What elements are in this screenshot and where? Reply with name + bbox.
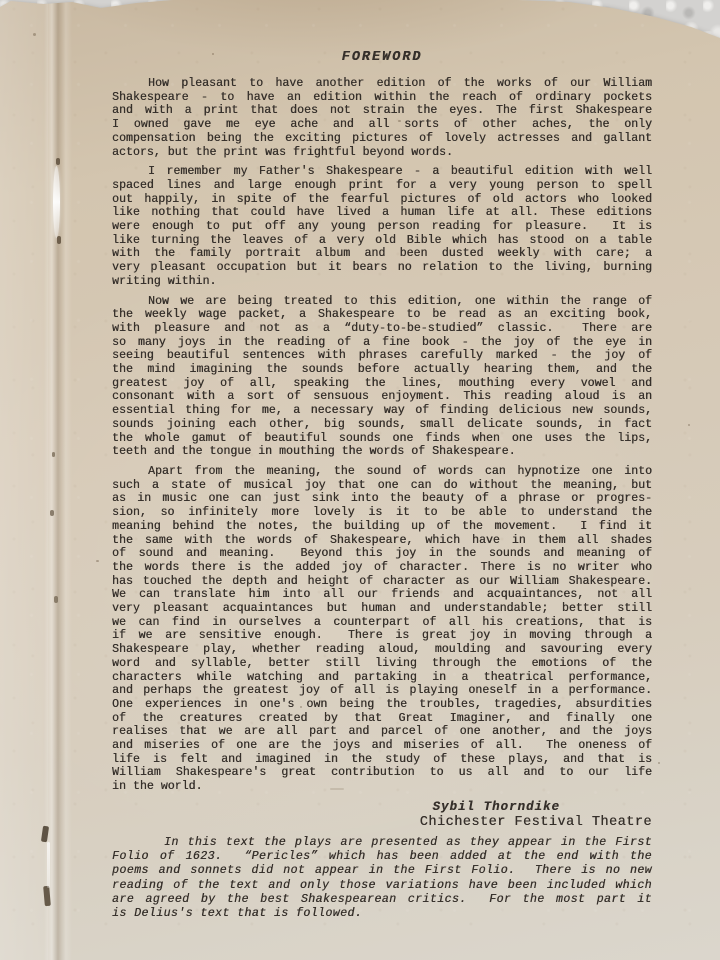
text-line: very pleasant acquaintances but human an… (112, 602, 652, 616)
text-line: essential thing for me, a necessary way … (112, 404, 652, 418)
text-line: very pleasant occupation but it bears no… (112, 261, 652, 275)
editorial-note: In this text the plays are presented as … (112, 836, 652, 922)
text-line: teeth and the tongue in mouthing the wor… (112, 445, 652, 459)
text-line: I owned gave me eye ache and all sorts o… (112, 118, 652, 132)
text-line: compensation being the exciting pictures… (112, 132, 652, 146)
text-line: with the family portrait album and been … (112, 247, 652, 261)
text-line: as in music one can just sink into the b… (112, 492, 652, 506)
text-line: if we are sensitive enough. There is gre… (112, 629, 652, 643)
text-line: Apart from the meaning, the sound of wor… (112, 465, 652, 479)
text-line: writing within. (112, 275, 652, 289)
text-line: sion, so infinitely more lovely is it to… (112, 506, 652, 520)
text-line: greatest joy of all, speaking the lines,… (112, 377, 652, 391)
text-line: spaced lines and large enough print for … (112, 179, 652, 193)
paper-speck (658, 762, 660, 764)
page-shadow-wrapper: FOREWORD How pleasant to have another ed… (0, 0, 720, 960)
text-line: are agreed by the best Shakespearean cri… (112, 893, 652, 907)
text-line: poems and sonnets did not appear in the … (112, 864, 652, 878)
foreword-paragraph-3: Now we are being treated to this edition… (112, 295, 652, 459)
text-line: word and syllable, better still living t… (112, 657, 652, 671)
text-line: such a state of musical joy that one can… (112, 479, 652, 493)
text-line: seeing beautiful sentences with phrases … (112, 349, 652, 363)
text-line: and perhaps the greatest joy of all is p… (112, 684, 652, 698)
text-line: and miseries of one are the joys and mis… (112, 739, 652, 753)
stitch-mark (56, 158, 60, 165)
foreword-text-block: FOREWORD How pleasant to have another ed… (112, 50, 652, 928)
binding-fold-crease (44, 0, 72, 960)
paper-speck (688, 424, 690, 426)
page-title: FOREWORD (112, 50, 652, 65)
text-line: so many joys in the reading of a fine bo… (112, 336, 652, 350)
text-line: the mind imagining the sounds before act… (112, 363, 652, 377)
text-line: the whole gamut of beautiful sounds one … (112, 432, 652, 446)
foreword-paragraph-1: How pleasant to have another edition of … (112, 77, 652, 159)
stitch-mark (50, 510, 54, 516)
text-line: the same with the words of Shakespeare, … (112, 534, 652, 548)
text-line: meaning behind the notes, the building u… (112, 520, 652, 534)
text-line: like turning the leaves of a very old Bi… (112, 234, 652, 248)
book-page: FOREWORD How pleasant to have another ed… (0, 0, 720, 960)
text-line: realises that we are all part and parcel… (112, 725, 652, 739)
text-line: the weekly wage packet, a Shakespeare to… (112, 308, 652, 322)
text-line: William Shakespeare's great contribution… (112, 766, 652, 780)
binding-thread (47, 842, 50, 888)
text-line: life is felt and imagined in the study o… (112, 753, 652, 767)
text-line: Shakespeare play, whether reading aloud,… (112, 643, 652, 657)
text-line: Now we are being treated to this edition… (112, 295, 652, 309)
paper-speck (33, 33, 36, 36)
text-line: the words there is the added joy of char… (112, 561, 652, 575)
text-line: consonant with a sort of sensuous enjoym… (112, 390, 652, 404)
signature-affiliation: Chichester Festival Theatre (112, 815, 652, 831)
signature-name: Sybil Thorndike (112, 800, 652, 815)
text-line: and with a print that does not strain th… (112, 104, 652, 118)
text-line: in the world. (112, 780, 652, 794)
text-line: is Delius's text that is followed. (112, 907, 652, 921)
text-line: like nothing that could have lived a hum… (112, 206, 652, 220)
text-line: of the creatures created by that Great I… (112, 712, 652, 726)
paper-speck (96, 560, 99, 562)
foreword-paragraph-2: I remember my Father's Shakespeare - a b… (112, 165, 652, 288)
text-line: characters while watching and partaking … (112, 671, 652, 685)
stitch-mark (54, 596, 58, 603)
foreword-paragraph-4: Apart from the meaning, the sound of wor… (112, 465, 652, 794)
text-line: I remember my Father's Shakespeare - a b… (112, 165, 652, 179)
text-line: with pleasure and not as a “duty-to-be-s… (112, 322, 652, 336)
text-line: Shakespeare - to have an edition within … (112, 91, 652, 105)
text-line: Folio of 1623. “Pericles” which has been… (112, 850, 652, 864)
staple-top (53, 166, 60, 238)
text-line: out happily, in spite of the fearful pic… (112, 193, 652, 207)
text-line: reading of the text and only those varia… (112, 879, 652, 893)
text-line: actors, but the print was frightful beyo… (112, 146, 652, 160)
text-line: has touched the depth and height of char… (112, 575, 652, 589)
text-line: One experiences in one's own being the t… (112, 698, 652, 712)
text-line: we can find in ourselves a counterpart o… (112, 616, 652, 630)
text-line: of sound and meaning. Beyond this joy in… (112, 547, 652, 561)
text-line: sounds joining each other, big sounds, s… (112, 418, 652, 432)
text-line: were enough to put off any young person … (112, 220, 652, 234)
stitch-mark (52, 452, 55, 457)
stitch-mark (57, 236, 61, 244)
fold-left-highlight (0, 0, 48, 960)
text-line: We can translate him into all our friend… (112, 588, 652, 602)
text-line: In this text the plays are presented as … (112, 836, 652, 850)
text-line: How pleasant to have another edition of … (112, 77, 652, 91)
